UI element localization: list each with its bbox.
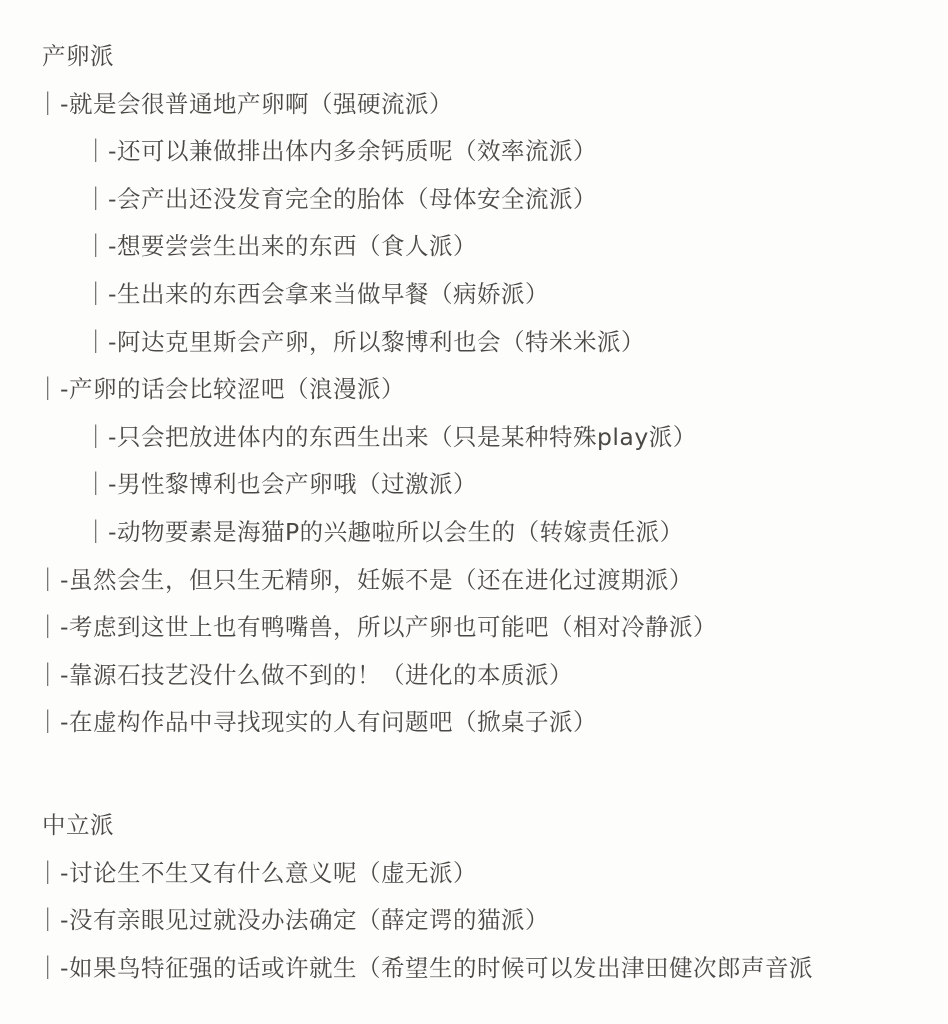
tree-item: ｜-想要尝尝生出来的东西（食人派） xyxy=(0,223,948,271)
tree-item: ｜-讨论生不生又有什么意义呢（虚无派） xyxy=(0,850,948,898)
tree-item: ｜-产卵的话会比较涩吧（浪漫派） xyxy=(0,366,948,414)
tree-item: ｜-在虚构作品中寻找现实的人有问题吧（掀桌子派） xyxy=(0,699,948,747)
tree-item: ｜-就是会很普通地产卵啊（强硬流派） xyxy=(0,81,948,129)
section-title: 产卵派 xyxy=(0,33,948,81)
tree-item: ｜-会产出还没发育完全的胎体（母体安全流派） xyxy=(0,176,948,224)
tree-item: ｜-动物要素是海猫P的兴趣啦所以会生的（转嫁责任派） xyxy=(0,509,948,557)
tree-item: ｜-考虑到这世上也有鸭嘴兽，所以产卵也可能吧（相对冷静派） xyxy=(0,604,948,652)
tree-item: ｜-男性黎博利也会产卵哦（过激派） xyxy=(0,461,948,509)
section-2: 中立派｜-讨论生不生又有什么意义呢（虚无派）｜-没有亲眼见过就没办法确定（薛定谔… xyxy=(0,802,948,992)
tree-item: ｜-如果鸟特征强的话或许就生（希望生的时候可以发出津田健次郎声音派 xyxy=(0,945,948,993)
section-1: 产卵派｜-就是会很普通地产卵啊（强硬流派）｜-还可以兼做排出体内多余钙质呢（效率… xyxy=(0,33,948,747)
section-title: 中立派 xyxy=(0,802,948,850)
tree-item: ｜-没有亲眼见过就没办法确定（薛定谔的猫派） xyxy=(0,897,948,945)
tree-item: ｜-虽然会生，但只生无精卵，妊娠不是（还在进化过渡期派） xyxy=(0,557,948,605)
tree-item: ｜-只会把放进体内的东西生出来（只是某种特殊play派） xyxy=(0,414,948,462)
tree-item: ｜-生出来的东西会拿来当做早餐（病娇派） xyxy=(0,271,948,319)
tree-item: ｜-还可以兼做排出体内多余钙质呢（效率流派） xyxy=(0,128,948,176)
tree-item: ｜-靠源石技艺没什么做不到的！（进化的本质派） xyxy=(0,652,948,700)
tree-item: ｜-阿达克里斯会产卵，所以黎博利也会（特米米派） xyxy=(0,319,948,367)
document-body: 产卵派｜-就是会很普通地产卵啊（强硬流派）｜-还可以兼做排出体内多余钙质呢（效率… xyxy=(0,0,948,992)
